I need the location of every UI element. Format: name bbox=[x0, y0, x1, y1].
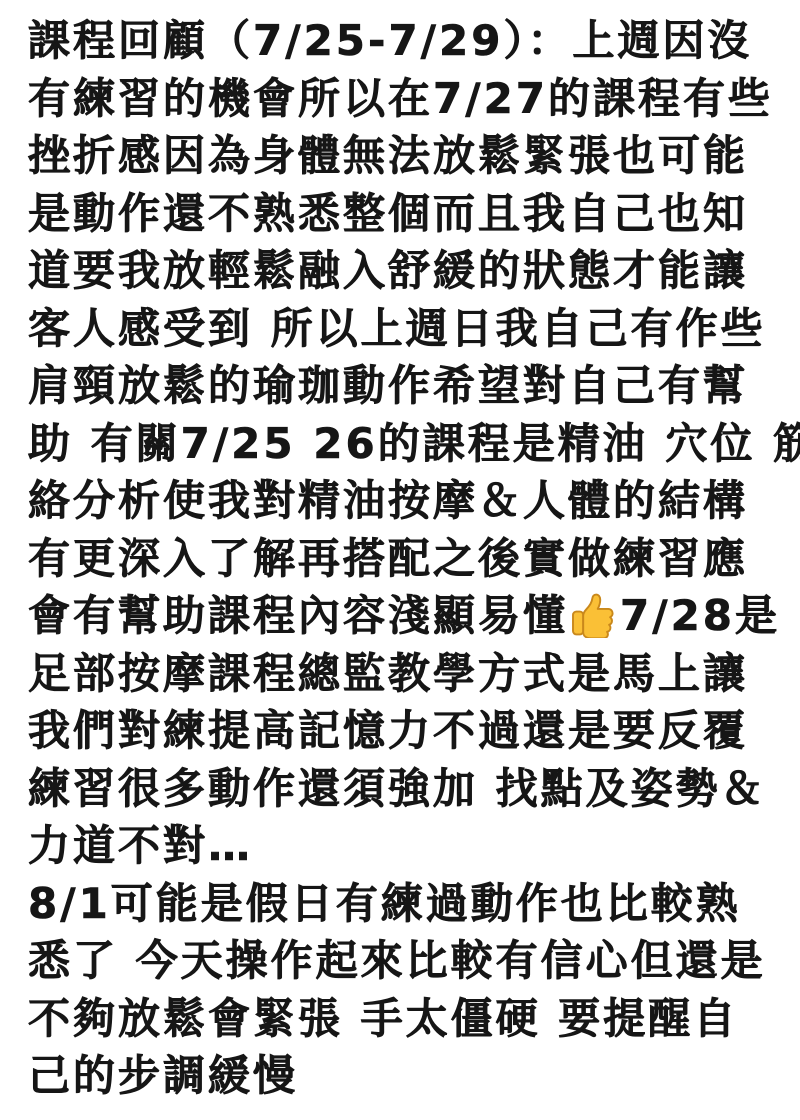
text-line-2: 有練習的機會所以在7/27的課程有些 bbox=[28, 70, 782, 128]
text-line-14: 練習很多動作還須強加 找點及姿勢＆ bbox=[28, 760, 782, 818]
text-line-19: 己的步調緩慢 bbox=[28, 1047, 782, 1105]
text-line-16: 8/1可能是假日有練過動作也比較熟 bbox=[28, 875, 782, 933]
text-line-9: 絡分析使我對精油按摩＆人體的結構 bbox=[28, 472, 782, 530]
text-line-12: 足部按摩課程總監教學方式是馬上讓 bbox=[28, 645, 782, 703]
note-page: 課程回顧（7/25-7/29）：上週因沒 有練習的機會所以在7/27的課程有些 … bbox=[0, 0, 800, 1120]
text-line-6: 客人感受到 所以上週日我自己有作些 bbox=[28, 300, 782, 358]
text-line-7: 肩頸放鬆的瑜珈動作希望對自己有幫 bbox=[28, 357, 782, 415]
text-line-4: 是動作還不熟悉整個而且我自己也知 bbox=[28, 185, 782, 243]
text-line-8: 助 有關7/25 26的課程是精油 穴位 筋 bbox=[28, 415, 782, 473]
text-line-17: 悉了 今天操作起來比較有信心但還是 bbox=[28, 932, 782, 990]
text-line-5: 道要我放輕鬆融入舒緩的狀態才能讓 bbox=[28, 242, 782, 300]
text-line-11-post: 7/28是 bbox=[620, 591, 780, 640]
text-line-1: 課程回顧（7/25-7/29）：上週因沒 bbox=[28, 12, 782, 70]
text-line-3: 挫折感因為身體無法放鬆緊張也可能 bbox=[28, 127, 782, 185]
text-line-11: 會有幫助課程內容淺顯易懂 7/28是 bbox=[28, 587, 782, 645]
text-line-11-pre: 會有幫助課程內容淺顯易懂 bbox=[28, 591, 568, 640]
text-line-10: 有更深入了解再搭配之後實做練習應 bbox=[28, 530, 782, 588]
text-line-18: 不夠放鬆會緊張 手太僵硬 要提醒自 bbox=[28, 990, 782, 1048]
text-line-13: 我們對練提高記憶力不過還是要反覆 bbox=[28, 702, 782, 760]
thumbs-up-icon bbox=[570, 590, 618, 638]
text-line-15: 力道不對… bbox=[28, 817, 782, 875]
